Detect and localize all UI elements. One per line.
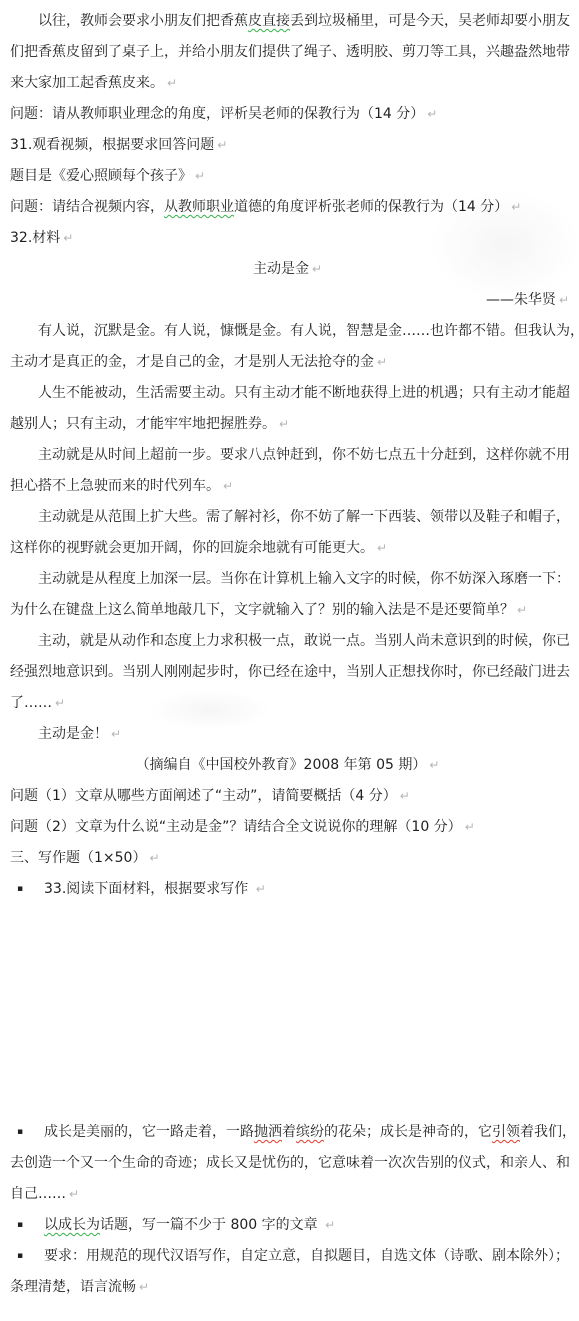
spellcheck-red-segment: 引领 <box>492 1124 520 1140</box>
text-line: 了……↵ <box>0 688 579 719</box>
paragraph-mark-icon: ↵ <box>377 541 387 555</box>
paragraph-mark-icon: ↵ <box>69 1187 79 1201</box>
paragraph-mark-icon: ↵ <box>217 138 227 152</box>
text-line: 主动是金！↵ <box>0 719 579 750</box>
text-line: 问题：请结合视频内容，从教师职业道德的角度评析张老师的保教行为（14 分）↵ <box>0 192 579 223</box>
bullet-marker: ▪ <box>17 1241 23 1272</box>
bullet-marker: ▪ <box>17 1210 23 1241</box>
text-line: 条理清楚，语言流畅↵ <box>0 1272 579 1303</box>
text-segment: 主动就是从范围上扩大些。需了解衬衫，你不妨了解一下西装、领带以及鞋子和帽子， <box>38 509 570 525</box>
text-segment: 为什么在键盘上这么简单地敲几下，文字就输入了？别的输入法是不是还要简单？ <box>10 602 514 618</box>
text-segment: 了…… <box>10 695 52 711</box>
text-line: 自己……↵ <box>0 1179 579 1210</box>
text-segment: 问题（2）文章为什么说“主动是金”？请结合全文说说你的理解（10 分） <box>10 819 462 835</box>
text-line: ▪以成长为话题，写一篇不少于 800 字的文章 ↵ <box>0 1210 579 1241</box>
paragraph-mark-icon: ↵ <box>55 696 65 710</box>
spellcheck-green-segment: 以成长为 <box>44 1217 100 1233</box>
text-segment: 有人说，沉默是金。有人说，慷慨是金。有人说，智慧是金……也许都不错。但我认为， <box>38 323 579 339</box>
text-line: 主动是金↵ <box>0 254 579 285</box>
paragraph-mark-icon: ↵ <box>511 200 521 214</box>
text-line: 三、写作题（1×50）↵ <box>0 843 579 874</box>
paragraph-mark-icon: ↵ <box>465 820 475 834</box>
spellcheck-green-segment: 皮直接 <box>248 13 290 29</box>
text-segment: 31.观看视频，根据要求回答问题 <box>10 137 214 153</box>
spellcheck-red-segment: 抛洒 <box>254 1124 282 1140</box>
text-line: ▪要求：用规范的现代汉语写作，自定立意，自拟题目，自选文体（诗歌、剧本除外）； <box>0 1241 579 1272</box>
text-line: ——朱华贤↵ <box>0 285 579 316</box>
text-segment: 主动就是从时间上超前一步。要求八点钟赶到，你不妨七点五十分赶到，这样你就不用 <box>38 447 570 463</box>
text-segment: 自己…… <box>10 1186 66 1202</box>
spellcheck-green-segment: 从教师职业 <box>164 199 234 215</box>
text-segment: 条理清楚，语言流畅 <box>10 1279 136 1295</box>
paragraph-mark-icon: ↵ <box>325 1218 335 1232</box>
text-segment: 们把香蕉皮留到了桌子上，并给小朋友们提供了绳子、透明胶、剪刀等工具，兴趣盎然地带 <box>10 44 570 60</box>
text-segment: 32.材料 <box>10 230 60 246</box>
text-line: 问题：请从教师职业理念的角度，评析吴老师的保教行为（14 分）↵ <box>0 99 579 130</box>
text-segment: 问题：请结合视频内容， <box>10 199 164 215</box>
text-segment: 成长是美丽的，它一路走着，一路 <box>44 1124 254 1140</box>
text-line: 问题（1）文章从哪些方面阐述了“主动”，请简要概括（4 分）↵ <box>0 781 579 812</box>
text-line: 来大家加工起香蕉皮来。↵ <box>0 68 579 99</box>
paragraph-mark-icon: ↵ <box>279 417 289 431</box>
paragraph-mark-icon: ↵ <box>139 1280 149 1294</box>
text-segment: 主动就是从程度上加深一层。当你在计算机上输入文字的时候，你不妨深入琢磨一下： <box>38 571 570 587</box>
vertical-gap <box>0 905 579 1117</box>
document-page: 以往，教师会要求小朋友们把香蕉皮直接丢到垃圾桶里，可是今天，吴老师却要小朋友们把… <box>0 0 579 1303</box>
text-line: 为什么在键盘上这么简单地敲几下，文字就输入了？别的输入法是不是还要简单？↵ <box>0 595 579 626</box>
text-line: 经强烈地意识到。当别人刚刚起步时，你已经在途中，当别人正想找你时，你已经敲门进去 <box>0 657 579 688</box>
paragraph-mark-icon: ↵ <box>223 479 233 493</box>
text-segment: 以往，教师会要求小朋友们把香蕉 <box>38 13 248 29</box>
paragraph-mark-icon: ↵ <box>429 758 439 772</box>
text-segment: 担心搭不上急驶而来的时代列车。 <box>10 478 220 494</box>
text-line: 越别人；只有主动，才能牢牢地把握胜券。↵ <box>0 409 579 440</box>
text-segment: 主动是金！ <box>38 726 108 742</box>
paragraph-mark-icon: ↵ <box>256 882 266 896</box>
text-segment: 问题：请从教师职业理念的角度，评析吴老师的保教行为（14 分） <box>10 106 424 122</box>
text-segment: 要求：用规范的现代汉语写作，自定立意，自拟题目，自选文体（诗歌、剧本除外）； <box>44 1248 569 1264</box>
text-segment: 道德的角度评析张老师的保教行为（14 分） <box>234 199 508 215</box>
text-segment: 这样你的视野就会更加开阔，你的回旋余地就有可能更大。 <box>10 540 374 556</box>
text-line: 题目是《爱心照顾每个孩子》↵ <box>0 161 579 192</box>
text-line: 主动就是从范围上扩大些。需了解衬衫，你不妨了解一下西装、领带以及鞋子和帽子， <box>0 502 579 533</box>
text-line: 主动才是真正的金，才是自己的金，才是别人无法抢夺的金↵ <box>0 347 579 378</box>
paragraph-mark-icon: ↵ <box>195 169 205 183</box>
paragraph-mark-icon: ↵ <box>400 789 410 803</box>
text-segment: 丢到垃圾桶里，可是今天，吴老师却要小朋友 <box>290 13 570 29</box>
text-line: ▪成长是美丽的，它一路走着，一路抛洒着缤纷的花朵；成长是神奇的，它引领着我们， <box>0 1117 579 1148</box>
text-line: ▪33.阅读下面材料，根据要求写作 ↵ <box>0 874 579 905</box>
text-segment: 问题（1）文章从哪些方面阐述了“主动”，请简要概括（4 分） <box>10 788 397 804</box>
text-segment: （摘编自《中国校外教育》2008 年第 05 期） <box>136 757 427 773</box>
text-line: 们把香蕉皮留到了桌子上，并给小朋友们提供了绳子、透明胶、剪刀等工具，兴趣盎然地带 <box>0 37 579 68</box>
text-line: 问题（2）文章为什么说“主动是金”？请结合全文说说你的理解（10 分）↵ <box>0 812 579 843</box>
text-line: 32.材料↵ <box>0 223 579 254</box>
text-line: 31.观看视频，根据要求回答问题↵ <box>0 130 579 161</box>
text-line: （摘编自《中国校外教育》2008 年第 05 期）↵ <box>0 750 579 781</box>
spellcheck-red-segment: 缤纷 <box>296 1124 324 1140</box>
paragraph-mark-icon: ↵ <box>377 355 387 369</box>
text-segment: 主动，就是从动作和态度上力求积极一点，敢说一点。当别人尚未意识到的时候，你已 <box>38 633 570 649</box>
paragraph-mark-icon: ↵ <box>63 231 73 245</box>
text-line: 主动就是从程度上加深一层。当你在计算机上输入文字的时候，你不妨深入琢磨一下： <box>0 564 579 595</box>
text-line: 有人说，沉默是金。有人说，慷慨是金。有人说，智慧是金……也许都不错。但我认为， <box>0 316 579 347</box>
text-segment: ——朱华贤 <box>486 292 556 308</box>
text-line: 主动，就是从动作和态度上力求积极一点，敢说一点。当别人尚未意识到的时候，你已 <box>0 626 579 657</box>
text-line: 这样你的视野就会更加开阔，你的回旋余地就有可能更大。↵ <box>0 533 579 564</box>
text-segment: 的花朵；成长是神奇的，它 <box>324 1124 492 1140</box>
paragraph-mark-icon: ↵ <box>517 603 527 617</box>
paragraph-mark-icon: ↵ <box>111 727 121 741</box>
paragraph-mark-icon: ↵ <box>312 262 322 276</box>
text-segment: 人生不能被动，生活需要主动。只有主动才能不断地获得上进的机遇；只有主动才能超 <box>38 385 570 401</box>
text-segment: 经强烈地意识到。当别人刚刚起步时，你已经在途中，当别人正想找你时，你已经敲门进去 <box>10 664 570 680</box>
paragraph-mark-icon: ↵ <box>149 851 159 865</box>
text-segment: 题目是《爱心照顾每个孩子》 <box>10 168 192 184</box>
text-segment: 33.阅读下面材料，根据要求写作 <box>44 881 253 897</box>
text-line: 人生不能被动，生活需要主动。只有主动才能不断地获得上进的机遇；只有主动才能超 <box>0 378 579 409</box>
paragraph-mark-icon: ↵ <box>427 107 437 121</box>
text-segment: 三、写作题（1×50） <box>10 850 146 866</box>
text-segment: 主动是金 <box>253 261 309 277</box>
text-segment: 着我们， <box>520 1124 576 1140</box>
text-segment: 越别人；只有主动，才能牢牢地把握胜券。 <box>10 416 276 432</box>
text-segment: 话题，写一篇不少于 800 字的文章 <box>100 1217 322 1233</box>
text-segment: 来大家加工起香蕉皮来。 <box>10 75 164 91</box>
text-line: 主动就是从时间上超前一步。要求八点钟赶到，你不妨七点五十分赶到，这样你就不用 <box>0 440 579 471</box>
text-line: 去创造一个又一个生命的奇迹；成长又是忧伤的，它意味着一次次告别的仪式，和亲人、和 <box>0 1148 579 1179</box>
paragraph-mark-icon: ↵ <box>559 293 569 307</box>
text-line: 以往，教师会要求小朋友们把香蕉皮直接丢到垃圾桶里，可是今天，吴老师却要小朋友 <box>0 6 579 37</box>
bullet-marker: ▪ <box>17 1117 23 1148</box>
text-line: 担心搭不上急驶而来的时代列车。↵ <box>0 471 579 502</box>
text-segment: 去创造一个又一个生命的奇迹；成长又是忧伤的，它意味着一次次告别的仪式，和亲人、和 <box>10 1155 570 1171</box>
paragraph-mark-icon: ↵ <box>167 76 177 90</box>
bullet-marker: ▪ <box>17 874 23 905</box>
text-segment: 主动才是真正的金，才是自己的金，才是别人无法抢夺的金 <box>10 354 374 370</box>
text-segment: 着 <box>282 1124 296 1140</box>
